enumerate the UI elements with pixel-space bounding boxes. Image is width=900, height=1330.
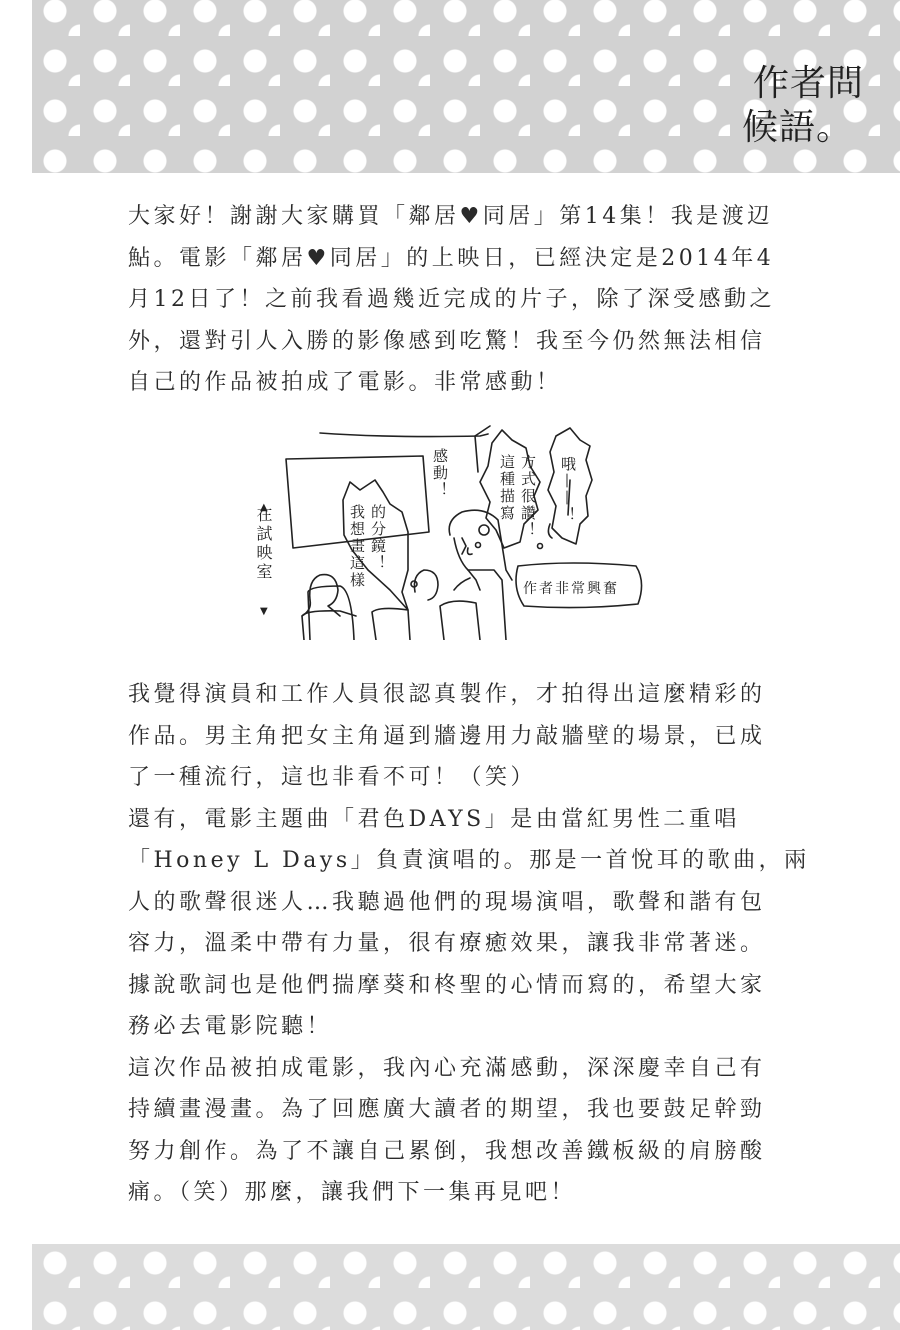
bubble-col-2: 的分鏡！ <box>369 504 386 589</box>
thought-bubble-style: 這種描寫 方式很讚！ <box>498 454 536 539</box>
bubble-col-1: 我想畫這樣 <box>348 504 365 589</box>
bubble-col-2: 方式很讚！ <box>519 454 536 539</box>
thought-bubble-oh: 哦——！ <box>559 456 576 524</box>
text-line: 容力，溫柔中帶有力量，很有療癒效果，讓我非常著迷。 <box>128 923 792 965</box>
text-line: 鮎。電影「鄰居♥同居」的上映日，已經決定是2014年4 <box>128 238 792 280</box>
text-line: 自己的作品被拍成了電影。非常感動！ <box>128 362 792 404</box>
text-line: 據說歌詞也是他們揣摩葵和柊聖的心情而寫的，希望大家 <box>128 965 792 1007</box>
greeting-paragraph: 大家好！謝謝大家購買「鄰居♥同居」第14集！我是渡辺 鮎。電影「鄰居♥同居」的上… <box>128 196 792 404</box>
text-line: 這次作品被拍成電影，我內心充滿感動，深深慶幸自己有 <box>128 1048 792 1090</box>
bubble-col-1: 這種描寫 <box>498 454 515 539</box>
text-line: 持續畫漫畫。為了回應廣大讀者的期望，我也要鼓足幹勁 <box>128 1089 792 1131</box>
thought-bubble-want-to-draw: 我想畫這樣 的分鏡！ <box>348 504 386 589</box>
text-line: 人的歌聲很迷人…我聽過他們的現場演唱，歌聲和諧有包 <box>128 882 792 924</box>
page-title-line1: 作者問 <box>742 62 864 106</box>
text-line: 作品。男主角把女主角逼到牆邊用力敲牆壁的場景，已成 <box>128 716 792 758</box>
movie-paragraph: 我覺得演員和工作人員很認真製作，才拍得出這麼精彩的 作品。男主角把女主角逼到牆邊… <box>128 674 792 1214</box>
location-label: 在試映室 <box>255 506 272 582</box>
footer-polka-dot-band <box>32 1244 900 1330</box>
page-title-line2: 候語。 <box>742 106 864 150</box>
screening-room-illustration: ▲ 在試映室 ▼ 感動！ 我想畫這樣 的分鏡！ 這種描寫 方式很讚！ 哦——！ … <box>240 420 660 640</box>
arrow-down-icon: ▼ <box>260 606 268 617</box>
text-line: 外，還對引人入勝的影像感到吃驚！我至今仍然無法相信 <box>128 321 792 363</box>
text-line: 月12日了！之前我看過幾近完成的片子，除了深受感動之 <box>128 279 792 321</box>
illustration-drawing <box>240 420 660 640</box>
text-line: 「Honey L Days」負責演唱的。那是一首悅耳的歌曲，兩 <box>128 840 792 882</box>
text-line: 了一種流行，這也非看不可！（笑） <box>128 757 792 799</box>
text-line: 努力創作。為了不讓自己累倒，我想改善鐵板級的肩膀酸 <box>128 1131 792 1173</box>
text-line: 大家好！謝謝大家購買「鄰居♥同居」第14集！我是渡辺 <box>128 196 792 238</box>
text-line: 務必去電影院聽！ <box>128 1006 792 1048</box>
text-line: 我覺得演員和工作人員很認真製作，才拍得出這麼精彩的 <box>128 674 792 716</box>
page-title: 作者問 候語。 <box>742 62 864 150</box>
speech-moved: 感動！ <box>431 448 448 499</box>
text-line: 痛。（笑）那麼，讓我們下一集再見吧！ <box>128 1172 792 1214</box>
text-line: 還有，電影主題曲「君色DAYS」是由當紅男性二重唱 <box>128 799 792 841</box>
illustration-caption: 作者非常興奮 <box>523 578 619 598</box>
